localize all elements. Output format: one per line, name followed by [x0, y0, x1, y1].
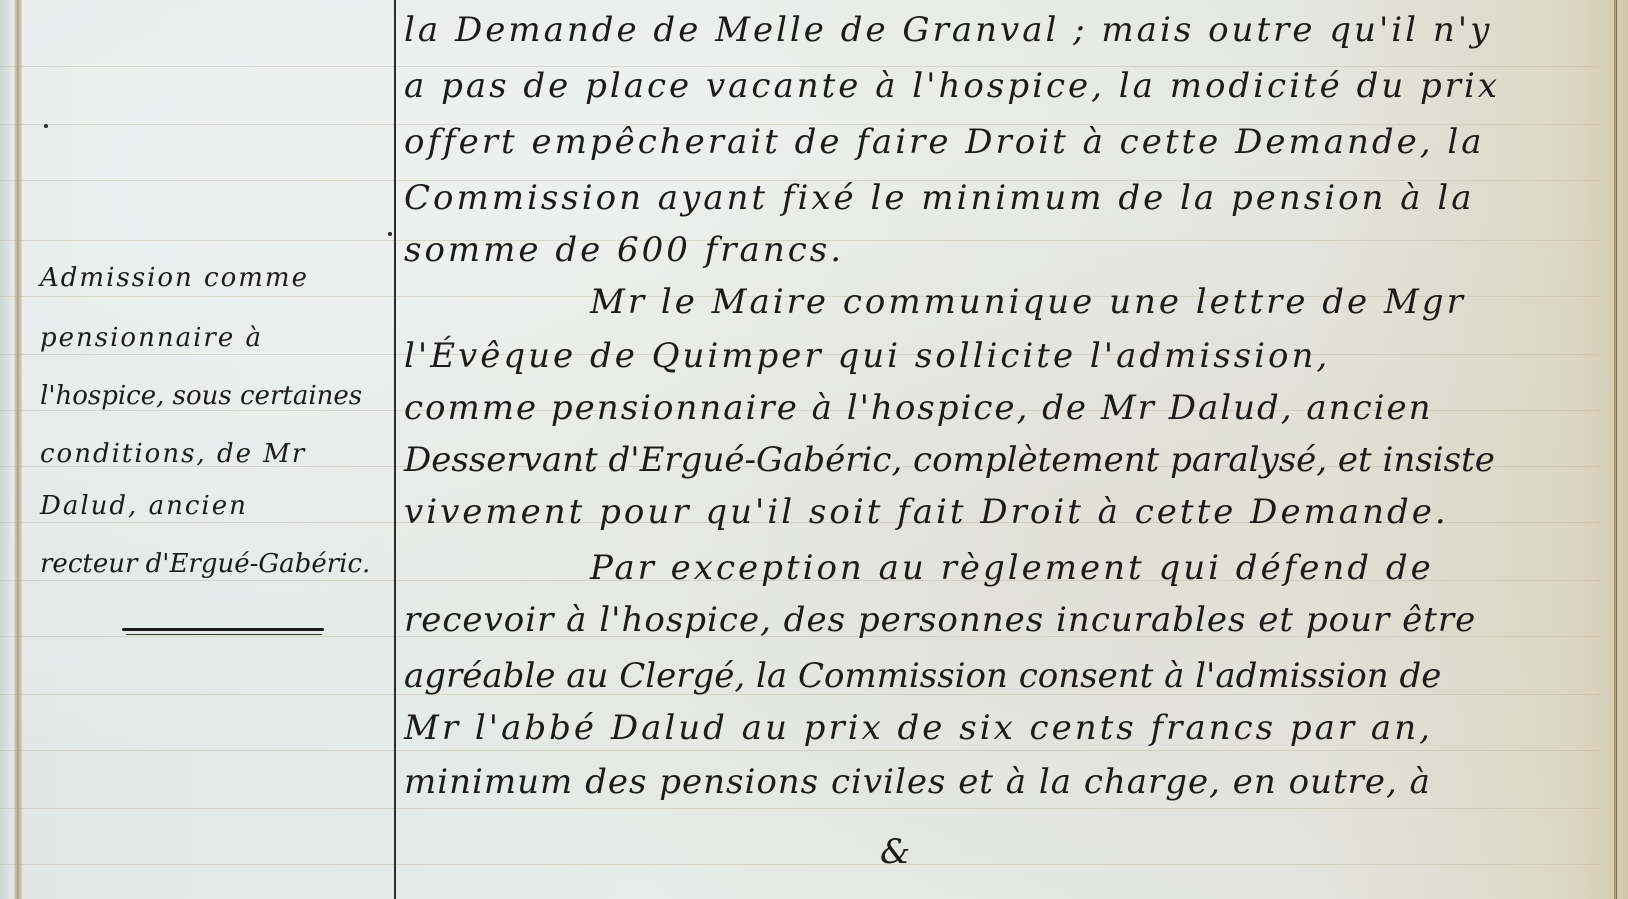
body-line: offert empêcherait de faire Droit à cett… — [404, 122, 1485, 162]
body-line: agréable au Clergé, la Commission consen… — [404, 656, 1441, 696]
margin-note-line: conditions, de Mr — [40, 438, 306, 470]
body-line: recevoir à l'hospice, des personnes incu… — [404, 600, 1476, 640]
body-line: Commission ayant fixé le minimum de la p… — [404, 178, 1475, 218]
catchword-flourish: & — [880, 832, 913, 872]
body-line: la Demande de Melle de Granval ; mais ou… — [404, 10, 1492, 50]
ruled-line — [0, 750, 1600, 751]
page-binding — [14, 0, 22, 899]
ink-spot — [44, 124, 48, 128]
margin-rule — [394, 0, 396, 899]
binding-edge — [0, 0, 12, 899]
margin-note-line: pensionnaire à — [40, 322, 263, 354]
body-line: Par exception au règlement qui défend de — [590, 548, 1434, 588]
margin-note-line: Dalud, ancien — [40, 490, 248, 522]
ruled-line — [0, 808, 1600, 809]
page-edge-line — [1616, 0, 1617, 899]
body-line: Mr le Maire communique une lettre de Mgr — [590, 282, 1466, 322]
body-line: minimum des pensions civiles et à la cha… — [404, 762, 1431, 802]
body-line: vivement pour qu'il soit fait Droit à ce… — [404, 492, 1449, 532]
ink-spot — [388, 232, 392, 236]
margin-note-line: recteur d'Ergué-Gabéric. — [40, 548, 370, 580]
margin-note-line: l'hospice, sous certaines — [40, 380, 362, 412]
register-page: Admission comme pensionnaire à l'hospice… — [0, 0, 1628, 899]
margin-note-line: Admission comme — [40, 262, 309, 294]
ruled-line — [0, 864, 1600, 865]
body-line: somme de 600 francs. — [404, 230, 844, 270]
margin-note-underline — [126, 634, 322, 635]
body-line: Desservant d'Ergué-Gabéric, complètement… — [404, 440, 1495, 480]
body-line: Mr l'abbé Dalud au prix de six cents fra… — [404, 708, 1433, 748]
margin-note-underline — [122, 628, 324, 631]
body-line: a pas de place vacante à l'hospice, la m… — [404, 66, 1500, 106]
body-line: l'Évêque de Quimper qui sollicite l'admi… — [404, 336, 1330, 376]
body-line: comme pensionnaire à l'hospice, de Mr Da… — [404, 388, 1433, 428]
